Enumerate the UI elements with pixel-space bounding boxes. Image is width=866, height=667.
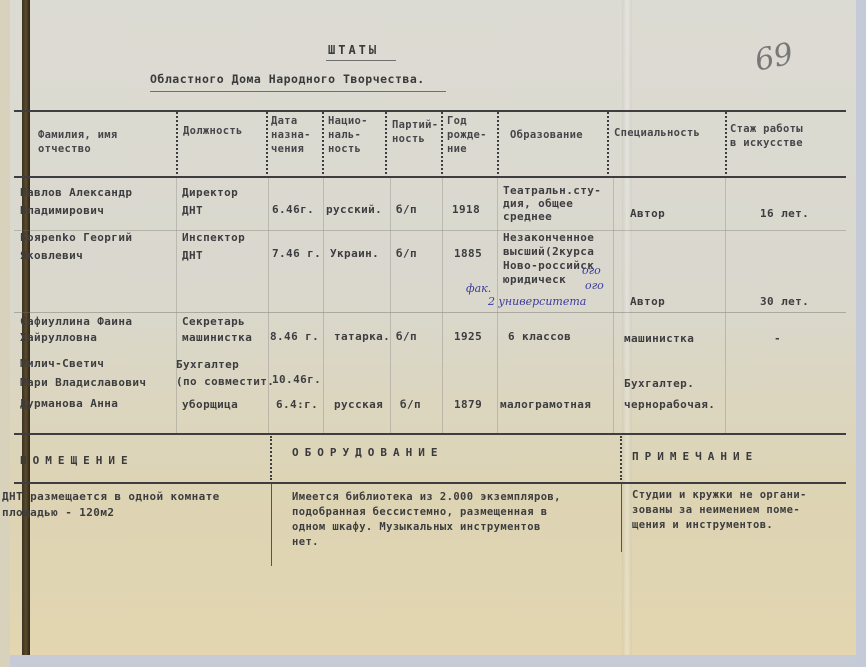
- table-bottom-rule: [14, 433, 846, 435]
- row5-birth-year: 1879: [454, 398, 482, 412]
- row4-appointed: 10.46г.: [272, 373, 321, 387]
- row2-education-handwritten-note: 2 университета: [488, 295, 586, 308]
- title-underline: [326, 60, 396, 61]
- column-line: [176, 178, 177, 433]
- col-header-name: Фамилия, имя отчество: [38, 128, 117, 156]
- row2-appointed: 7.46 г.: [272, 247, 321, 261]
- section-line: [621, 484, 622, 552]
- row1-nationality: русский.: [326, 203, 382, 217]
- row2-experience: 30 лет.: [760, 295, 809, 309]
- section-separator: [620, 436, 624, 480]
- column-line: [390, 178, 391, 433]
- row5-position: уборщица: [182, 398, 238, 412]
- row5-specialty: чернорабочая.: [624, 398, 715, 412]
- row2-education-handwritten-note: ого: [585, 279, 604, 292]
- subtitle-underline: [150, 91, 446, 92]
- premises-title: ПОМЕЩЕНИЕ: [20, 454, 134, 467]
- row5-party: б/п: [400, 398, 421, 412]
- col-header-position: Должность: [183, 124, 243, 138]
- col-header-experience: Стаж работы в искусстве: [730, 122, 803, 150]
- document-page: [10, 0, 856, 659]
- table-header-rule: [14, 176, 846, 178]
- background-right: [856, 0, 866, 667]
- row1-party: б/п: [396, 203, 417, 217]
- row3-experience: -: [774, 332, 781, 346]
- row4-specialty: Бухгалтер.: [624, 377, 694, 391]
- row2-specialty: Автор: [630, 295, 665, 309]
- row2-education-handwritten-note: фак.: [466, 282, 491, 295]
- row1-position: Директор ДНТ: [182, 184, 238, 220]
- row1-birth-year: 1918: [452, 203, 480, 217]
- row5-name: Дурманова Анна: [20, 397, 118, 411]
- row2-education-handwritten-note: ого: [582, 264, 601, 277]
- col-header-education: Образование: [510, 128, 583, 142]
- row2-education: Незаконченное высший(2курса Ново-российс…: [503, 231, 594, 287]
- table-top-rule: [14, 110, 846, 112]
- row1-education: Театральн.сту- дия, общее среднее: [503, 184, 601, 223]
- row2-party: б/п: [396, 247, 417, 261]
- row3-party: б/п: [396, 330, 417, 344]
- equipment-text: Имеется библиотека из 2.000 экземпляров,…: [292, 490, 561, 550]
- column-separator: [497, 112, 501, 174]
- column-line: [442, 178, 443, 433]
- row5-appointed: 6.4:г.: [276, 398, 318, 412]
- row2-position: Инспектор ДНТ: [182, 229, 245, 265]
- row5-education: малограмотная: [500, 398, 591, 412]
- column-separator: [322, 112, 326, 174]
- col-header-appointed: Дата назна- чения: [271, 114, 311, 156]
- col-header-party: Партий- ность: [392, 118, 438, 146]
- row1-appointed: 6.46г.: [272, 203, 314, 217]
- section-separator: [270, 436, 274, 480]
- column-line: [323, 178, 324, 433]
- column-line: [725, 178, 726, 433]
- column-separator: [266, 112, 270, 174]
- row3-specialty: машинистка: [624, 332, 694, 346]
- column-separator: [385, 112, 389, 174]
- paper-fold: [622, 0, 632, 659]
- col-header-specialty: Специальность: [614, 126, 700, 140]
- row3-position: Секретарь машинистка: [182, 314, 252, 346]
- row1-name: Павлов Александр Владимирович: [20, 184, 132, 220]
- sections-header-rule: [14, 482, 846, 484]
- row2-name: Боярenko Георгий Яковлевич: [20, 229, 132, 265]
- row3-appointed: 8.46 г.: [270, 330, 319, 344]
- equipment-title: ОБОРУДОВАНИЕ: [292, 446, 443, 459]
- row3-nationality: татарка.: [334, 330, 390, 344]
- row3-birth-year: 1925: [454, 330, 482, 344]
- column-separator: [176, 112, 180, 174]
- background-bottom: [10, 655, 856, 667]
- row2-nationality: Украин.: [330, 247, 379, 261]
- notes-text: Студии и кружки не органи- зованы за неи…: [632, 488, 807, 533]
- section-line: [271, 484, 272, 566]
- row1-experience: 16 лет.: [760, 207, 809, 221]
- row2-birth-year: 1885: [454, 247, 482, 261]
- column-line: [268, 178, 269, 433]
- column-separator: [725, 112, 729, 174]
- row1-specialty: Автор: [630, 207, 665, 221]
- col-header-birth-year: Год рожде- ние: [447, 114, 487, 156]
- row3-education: 6 классов: [508, 330, 571, 344]
- page-title: ШТАТЫ: [328, 43, 379, 57]
- col-header-nationality: Нацио- наль- ность: [328, 114, 368, 156]
- premises-text: ДНТ размещается в одной комнате площадью…: [2, 489, 220, 521]
- row3-name: Сафиуллина Фаина Хайрулловна: [20, 314, 132, 346]
- row-divider: [14, 312, 846, 313]
- column-line: [613, 178, 614, 433]
- row4-name: Милич-Светич Мари Владиславович: [20, 354, 146, 392]
- row-divider: [14, 230, 846, 231]
- column-separator: [441, 112, 445, 174]
- page-subtitle: Областного Дома Народного Творчества.: [150, 72, 425, 86]
- notes-title: ПРИМЕЧАНИЕ: [632, 450, 758, 463]
- column-separator: [607, 112, 611, 174]
- row5-nationality: русская: [334, 398, 383, 412]
- row4-position: Бухгалтер (по совместит.: [176, 356, 274, 390]
